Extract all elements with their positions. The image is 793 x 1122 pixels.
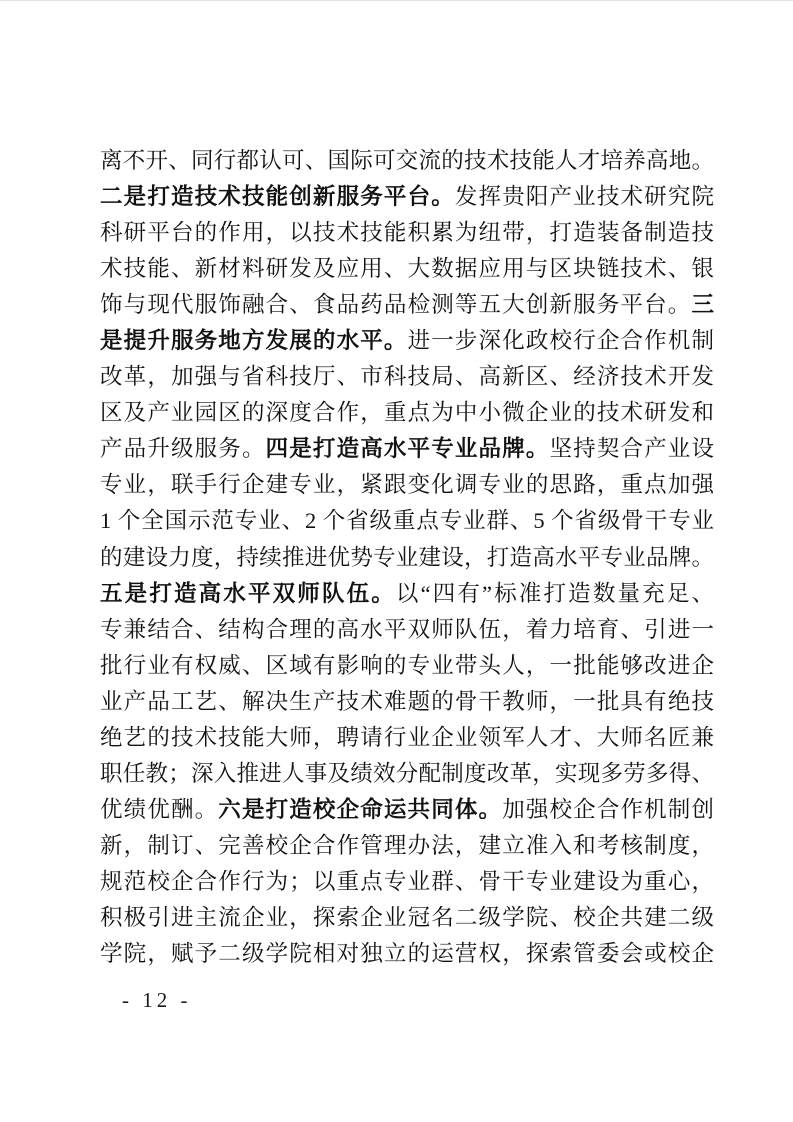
text-segment: 改革，加强与省科技厅、市科技局、高新区、经济技术开发 [100, 364, 714, 389]
document-body: 离不开、同行都认可、国际可交流的技术技能人才培养高地。二是打造技术技能创新服务平… [100, 143, 714, 972]
text-segment: 规范校企合作行为；以重点专业群、骨干专业建设为重心， [100, 869, 714, 894]
page-number: - 12 - [122, 985, 192, 1015]
text-line: 优绩优酬。六是打造校企命运共同体。加强校企合作机制创 [100, 792, 714, 828]
text-segment-bold: 是提升服务地方发展的水平。 [100, 328, 408, 353]
text-line: 职任教；深入推进人事及绩效分配制度改革，实现多劳多得、 [100, 756, 714, 792]
text-line: 批行业有权威、区域有影响的专业带头人，一批能够改进企 [100, 648, 714, 684]
text-line: 术技能、新材料研发及应用、大数据应用与区块链技术、银 [100, 251, 714, 287]
text-segment-bold: 二是打造技术技能创新服务平台。 [100, 184, 455, 209]
text-segment: 积极引进主流企业，探索企业冠名二级学院、校企共建二级 [100, 905, 714, 930]
text-segment: 的建设力度，持续推进优势专业建设，打造高水平专业品牌。 [100, 545, 714, 570]
text-line: 饰与现代服饰融合、食品药品检测等五大创新服务平台。三 [100, 287, 714, 323]
text-segment-bold: 四是打造高水平专业品牌。 [266, 436, 550, 461]
text-segment: 区及产业园区的深度合作，重点为中小微企业的技术研发和 [100, 400, 714, 425]
text-line: 1 个全国示范专业、2 个省级重点专业群、5 个省级骨干专业 [100, 503, 714, 539]
text-line: 五是打造高水平双师队伍。以“四有”标准打造数量充足、 [100, 576, 714, 612]
text-segment: 以“四有”标准打造数量充足、 [396, 581, 714, 606]
text-segment: 学院，赋予二级学院相对独立的运营权，探索管委会或校企 [100, 941, 714, 966]
text-segment: 产品升级服务。 [100, 436, 266, 461]
text-segment: 优绩优酬。 [100, 797, 218, 822]
text-line: 学院，赋予二级学院相对独立的运营权，探索管委会或校企 [100, 936, 714, 972]
text-line: 的建设力度，持续推进优势专业建设，打造高水平专业品牌。 [100, 540, 714, 576]
text-line: 离不开、同行都认可、国际可交流的技术技能人才培养高地。 [100, 143, 714, 179]
text-segment-bold: 六是打造校企命运共同体。 [218, 797, 502, 822]
text-line: 改革，加强与省科技厅、市科技局、高新区、经济技术开发 [100, 359, 714, 395]
text-line: 区及产业园区的深度合作，重点为中小微企业的技术研发和 [100, 395, 714, 431]
text-line: 规范校企合作行为；以重点专业群、骨干专业建设为重心， [100, 864, 714, 900]
text-line: 专业，联手行企建专业，紧跟变化调专业的思路，重点加强 [100, 467, 714, 503]
text-segment-bold: 五是打造高水平双师队伍。 [100, 581, 396, 606]
text-segment: 绝艺的技术技能大师，聘请行业企业领军人才、大师名匠兼 [100, 725, 714, 750]
text-line: 二是打造技术技能创新服务平台。发挥贵阳产业技术研究院 [100, 179, 714, 215]
document-page: 离不开、同行都认可、国际可交流的技术技能人才培养高地。二是打造技术技能创新服务平… [0, 0, 793, 1122]
text-segment: 加强校企合作机制创 [502, 797, 714, 822]
text-segment: 进一步深化政校行企合作机制 [408, 328, 714, 353]
text-segment: 发挥贵阳产业技术研究院 [455, 184, 714, 209]
text-segment: 新，制订、完善校企合作管理办法，建立准入和考核制度， [100, 833, 714, 858]
text-segment: 职任教；深入推进人事及绩效分配制度改革，实现多劳多得、 [100, 761, 714, 786]
text-segment: 离不开、同行都认可、国际可交流的技术技能人才培养高地。 [100, 148, 714, 173]
text-line: 科研平台的作用，以技术技能积累为纽带，打造装备制造技 [100, 215, 714, 251]
text-segment: 专业，联手行企建专业，紧跟变化调专业的思路，重点加强 [100, 472, 714, 497]
text-line: 业产品工艺、解决生产技术难题的骨干教师，一批具有绝技 [100, 684, 714, 720]
text-line: 积极引进主流企业，探索企业冠名二级学院、校企共建二级 [100, 900, 714, 936]
text-segment: 饰与现代服饰融合、食品药品检测等五大创新服务平台。 [100, 292, 691, 317]
text-line: 产品升级服务。四是打造高水平专业品牌。坚持契合产业设 [100, 431, 714, 467]
text-segment: 坚持契合产业设 [550, 436, 714, 461]
text-segment: 1 个全国示范专业、2 个省级重点专业群、5 个省级骨干专业 [100, 508, 714, 533]
text-segment-bold: 三 [691, 292, 714, 317]
text-line: 绝艺的技术技能大师，聘请行业企业领军人才、大师名匠兼 [100, 720, 714, 756]
text-line: 是提升服务地方发展的水平。进一步深化政校行企合作机制 [100, 323, 714, 359]
text-segment: 专兼结合、结构合理的高水平双师队伍，着力培育、引进一 [100, 617, 714, 642]
text-segment: 科研平台的作用，以技术技能积累为纽带，打造装备制造技 [100, 220, 714, 245]
text-line: 新，制订、完善校企合作管理办法，建立准入和考核制度， [100, 828, 714, 864]
text-segment: 术技能、新材料研发及应用、大数据应用与区块链技术、银 [100, 256, 714, 281]
text-segment: 业产品工艺、解决生产技术难题的骨干教师，一批具有绝技 [100, 689, 714, 714]
text-segment: 批行业有权威、区域有影响的专业带头人，一批能够改进企 [100, 653, 714, 678]
text-line: 专兼结合、结构合理的高水平双师队伍，着力培育、引进一 [100, 612, 714, 648]
